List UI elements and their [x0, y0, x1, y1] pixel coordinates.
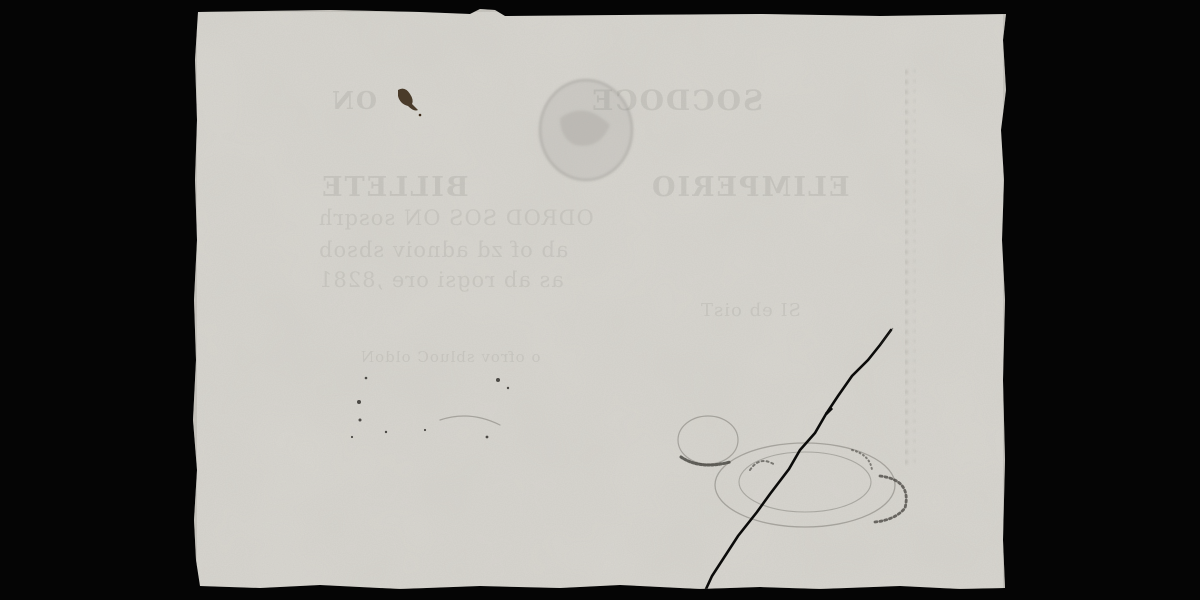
photo-scene: SOCDOCE ON BILLETE ELIMPERIO ODROD SOS O… [0, 0, 1200, 600]
paper-illustration [0, 0, 1200, 600]
banknote-back: SOCDOCE ON BILLETE ELIMPERIO ODROD SOS O… [0, 0, 1200, 600]
